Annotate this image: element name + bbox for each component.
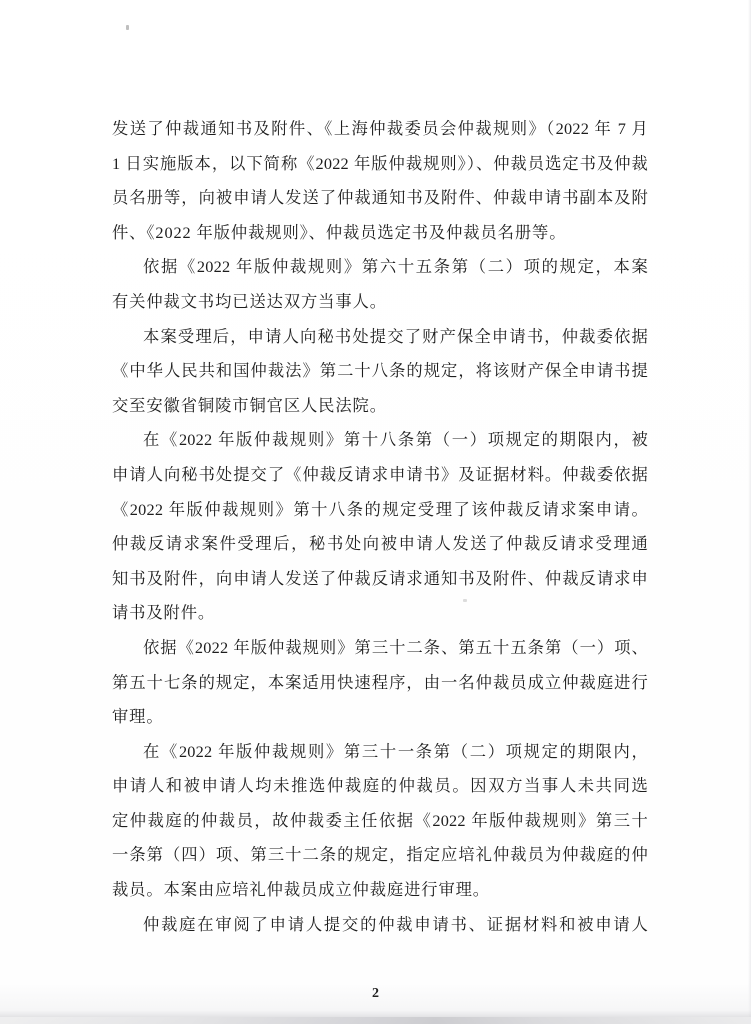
scan-bottom-shadow [0, 1010, 751, 1017]
text-line: 知书及附件，向申请人发送了仲裁反请求通知书及附件、仲裁反请求申 [112, 562, 648, 597]
text-line: 仲裁反请求案件受理后，秘书处向被申请人发送了仲裁反请求受理通 [112, 527, 648, 562]
scan-bottom-edge [0, 1017, 751, 1024]
text-line: 发送了仲裁通知书及附件、《上海仲裁委员会仲裁规则》（2022 年 7 月 [112, 112, 648, 147]
scan-speck [463, 599, 467, 602]
text-line: 第五十七条的规定，本案适用快速程序，由一名仲裁员成立仲裁庭进行 [112, 666, 648, 701]
text-line: 在《2022 年版仲裁规则》第十八条第（一）项规定的期限内，被 [112, 423, 648, 458]
text-line: 依据《2022 年版仲裁规则》第六十五条第（二）项的规定，本案 [112, 250, 648, 285]
text-line: 定仲裁庭的仲裁员，故仲裁委主任依据《2022 年版仲裁规则》第三十 [112, 804, 648, 839]
text-line: 申请人和被申请人均未推选仲裁庭的仲裁员。因双方当事人未共同选 [112, 769, 648, 804]
text-line: 1 日实施版本，以下简称《2022 年版仲裁规则》）、仲裁员选定书及仲裁 [112, 147, 648, 182]
text-line: 《中华人民共和国仲裁法》第二十八条的规定，将该财产保全申请书提 [112, 354, 648, 389]
text-line: 有关仲裁文书均已送达双方当事人。 [112, 285, 648, 320]
document-text: 发送了仲裁通知书及附件、《上海仲裁委员会仲裁规则》（2022 年 7 月1 日实… [112, 112, 648, 942]
text-line: 请书及附件。 [112, 596, 648, 631]
text-line: 审理。 [112, 700, 648, 735]
text-line: 件、《2022 年版仲裁规则》、仲裁员选定书及仲裁员名册等。 [112, 216, 648, 251]
text-line: 交至安徽省铜陵市铜官区人民法院。 [112, 389, 648, 424]
page-footer: 2 [0, 984, 751, 1002]
text-line: 《2022 年版仲裁规则》第十八条的规定受理了该仲裁反请求案申请。 [112, 493, 648, 528]
text-line: 申请人向秘书处提交了《仲裁反请求申请书》及证据材料。仲裁委依据 [112, 458, 648, 493]
text-line: 裁员。本案由应培礼仲裁员成立仲裁庭进行审理。 [112, 873, 648, 908]
text-line: 仲裁庭在审阅了申请人提交的仲裁申请书、证据材料和被申请人 [112, 908, 648, 943]
text-line: 一条第（四）项、第三十二条的规定，指定应培礼仲裁员为仲裁庭的仲 [112, 838, 648, 873]
scan-speck [126, 25, 129, 30]
page-number: 2 [372, 986, 379, 1001]
text-line: 依据《2022 年版仲裁规则》第三十二条、第五十五条第（一）项、 [112, 631, 648, 666]
text-line: 在《2022 年版仲裁规则》第三十一条第（二）项规定的期限内， [112, 735, 648, 770]
text-line: 员名册等，向被申请人发送了仲裁通知书及附件、仲裁申请书副本及附 [112, 181, 648, 216]
scan-speck [635, 122, 638, 125]
text-line: 本案受理后，申请人向秘书处提交了财产保全申请书，仲裁委依据 [112, 320, 648, 355]
document-page: 发送了仲裁通知书及附件、《上海仲裁委员会仲裁规则》（2022 年 7 月1 日实… [0, 0, 751, 1024]
